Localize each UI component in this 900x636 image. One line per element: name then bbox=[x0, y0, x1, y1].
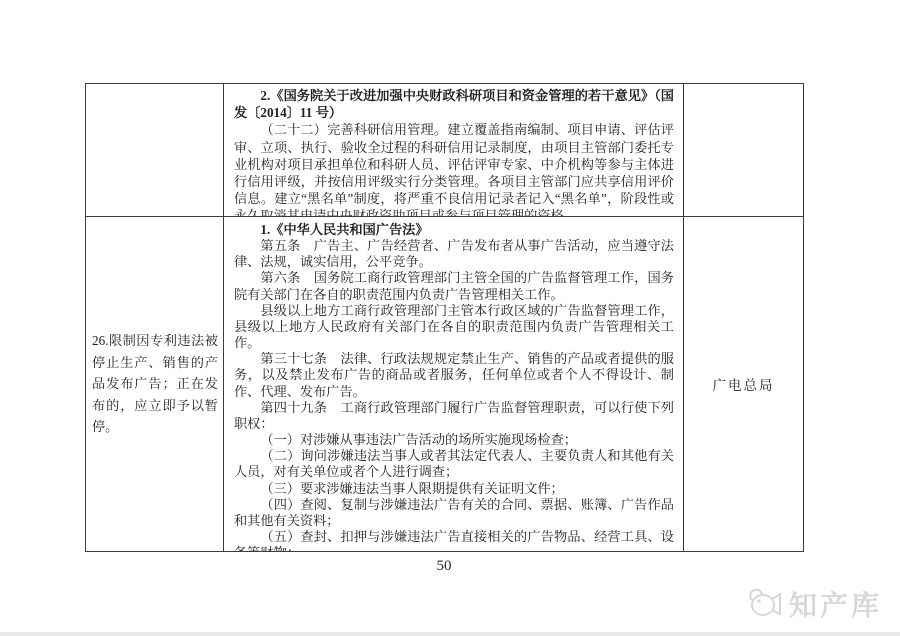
law-paragraph: （四）查阅、复制与涉嫌违法广告有关的合同、票据、账簿、广告作品和其他有关资料； bbox=[234, 497, 674, 529]
law-paragraph: 第四十九条 工商行政管理部门履行广告监督管理职责，可以行使下列职权： bbox=[234, 400, 674, 432]
department-text: 广电总局 bbox=[713, 374, 775, 394]
page-number: 50 bbox=[85, 558, 803, 575]
law-title: 2.《国务院关于改进加强中央财政科研项目和资金管理的若干意见》（国发〔2014〕… bbox=[234, 87, 674, 121]
law-paragraph: （三）要求涉嫌违法当事人限期提供有关证明文件； bbox=[234, 481, 674, 497]
law-paragraph: 县级以上地方工商行政管理部门主管本行政区域的广告监督管理工作，县级以上地方人民政… bbox=[234, 303, 674, 351]
law-paragraphs: （二十二）完善科研信用管理。建立覆盖指南编制、项目申请、评估评审、立项、执行、验… bbox=[234, 121, 674, 217]
law-paragraph: （一）对涉嫌从事违法广告活动的场所实施现场检查； bbox=[234, 432, 674, 448]
watermark-label: 知产库 bbox=[789, 584, 882, 624]
zhichanku-watermark: 知产库 bbox=[746, 584, 882, 624]
law-paragraph: （二）询问涉嫌违法当事人或者其法定代表人、主要负责人和其他有关人员，对有关单位或… bbox=[234, 448, 674, 480]
item-text: 26.限制因专利违法被停止生产、销售的产品发布广告；正在发布的，应立即予以暂停。 bbox=[92, 330, 218, 438]
megaphone-icon bbox=[746, 587, 784, 621]
page-bottom-edge bbox=[0, 632, 900, 636]
law-paragraphs: 第五条 广告主、广告经营者、广告发布者从事广告活动，应当遵守法律、法规，诚实信用… bbox=[234, 238, 674, 552]
regulation-table: 2.《国务院关于改进加强中央财政科研项目和资金管理的若干意见》（国发〔2014〕… bbox=[85, 83, 804, 552]
document-page: 2.《国务院关于改进加强中央财政科研项目和资金管理的若干意见》（国发〔2014〕… bbox=[0, 0, 900, 636]
table-cell-item-row1 bbox=[86, 84, 224, 217]
table-cell-department-row1 bbox=[684, 84, 804, 217]
table-cell-department-row2: 广电总局 bbox=[684, 217, 804, 552]
table-cell-basis-row1: 2.《国务院关于改进加强中央财政科研项目和资金管理的若干意见》（国发〔2014〕… bbox=[224, 84, 684, 217]
law-paragraph: 第六条 国务院工商行政管理部门主管全国的广告监督管理工作，国务院有关部门在各自的… bbox=[234, 270, 674, 302]
table-cell-basis-row2: 1.《中华人民共和国广告法》 第五条 广告主、广告经营者、广告发布者从事广告活动… bbox=[224, 217, 684, 552]
law-paragraph: 第五条 广告主、广告经营者、广告发布者从事广告活动，应当遵守法律、法规，诚实信用… bbox=[234, 238, 674, 270]
table-cell-item-row2: 26.限制因专利违法被停止生产、销售的产品发布广告；正在发布的，应立即予以暂停。 bbox=[86, 217, 224, 552]
law-paragraph: （五）查封、扣押与涉嫌违法广告直接相关的广告物品、经营工具、设备等财物； bbox=[234, 529, 674, 552]
law-paragraph: （二十二）完善科研信用管理。建立覆盖指南编制、项目申请、评估评审、立项、执行、验… bbox=[234, 121, 674, 217]
law-title: 1.《中华人民共和国广告法》 bbox=[234, 222, 674, 238]
law-paragraph: 第三十七条 法律、行政法规规定禁止生产、销售的产品或者提供的服务，以及禁止发布广… bbox=[234, 351, 674, 399]
